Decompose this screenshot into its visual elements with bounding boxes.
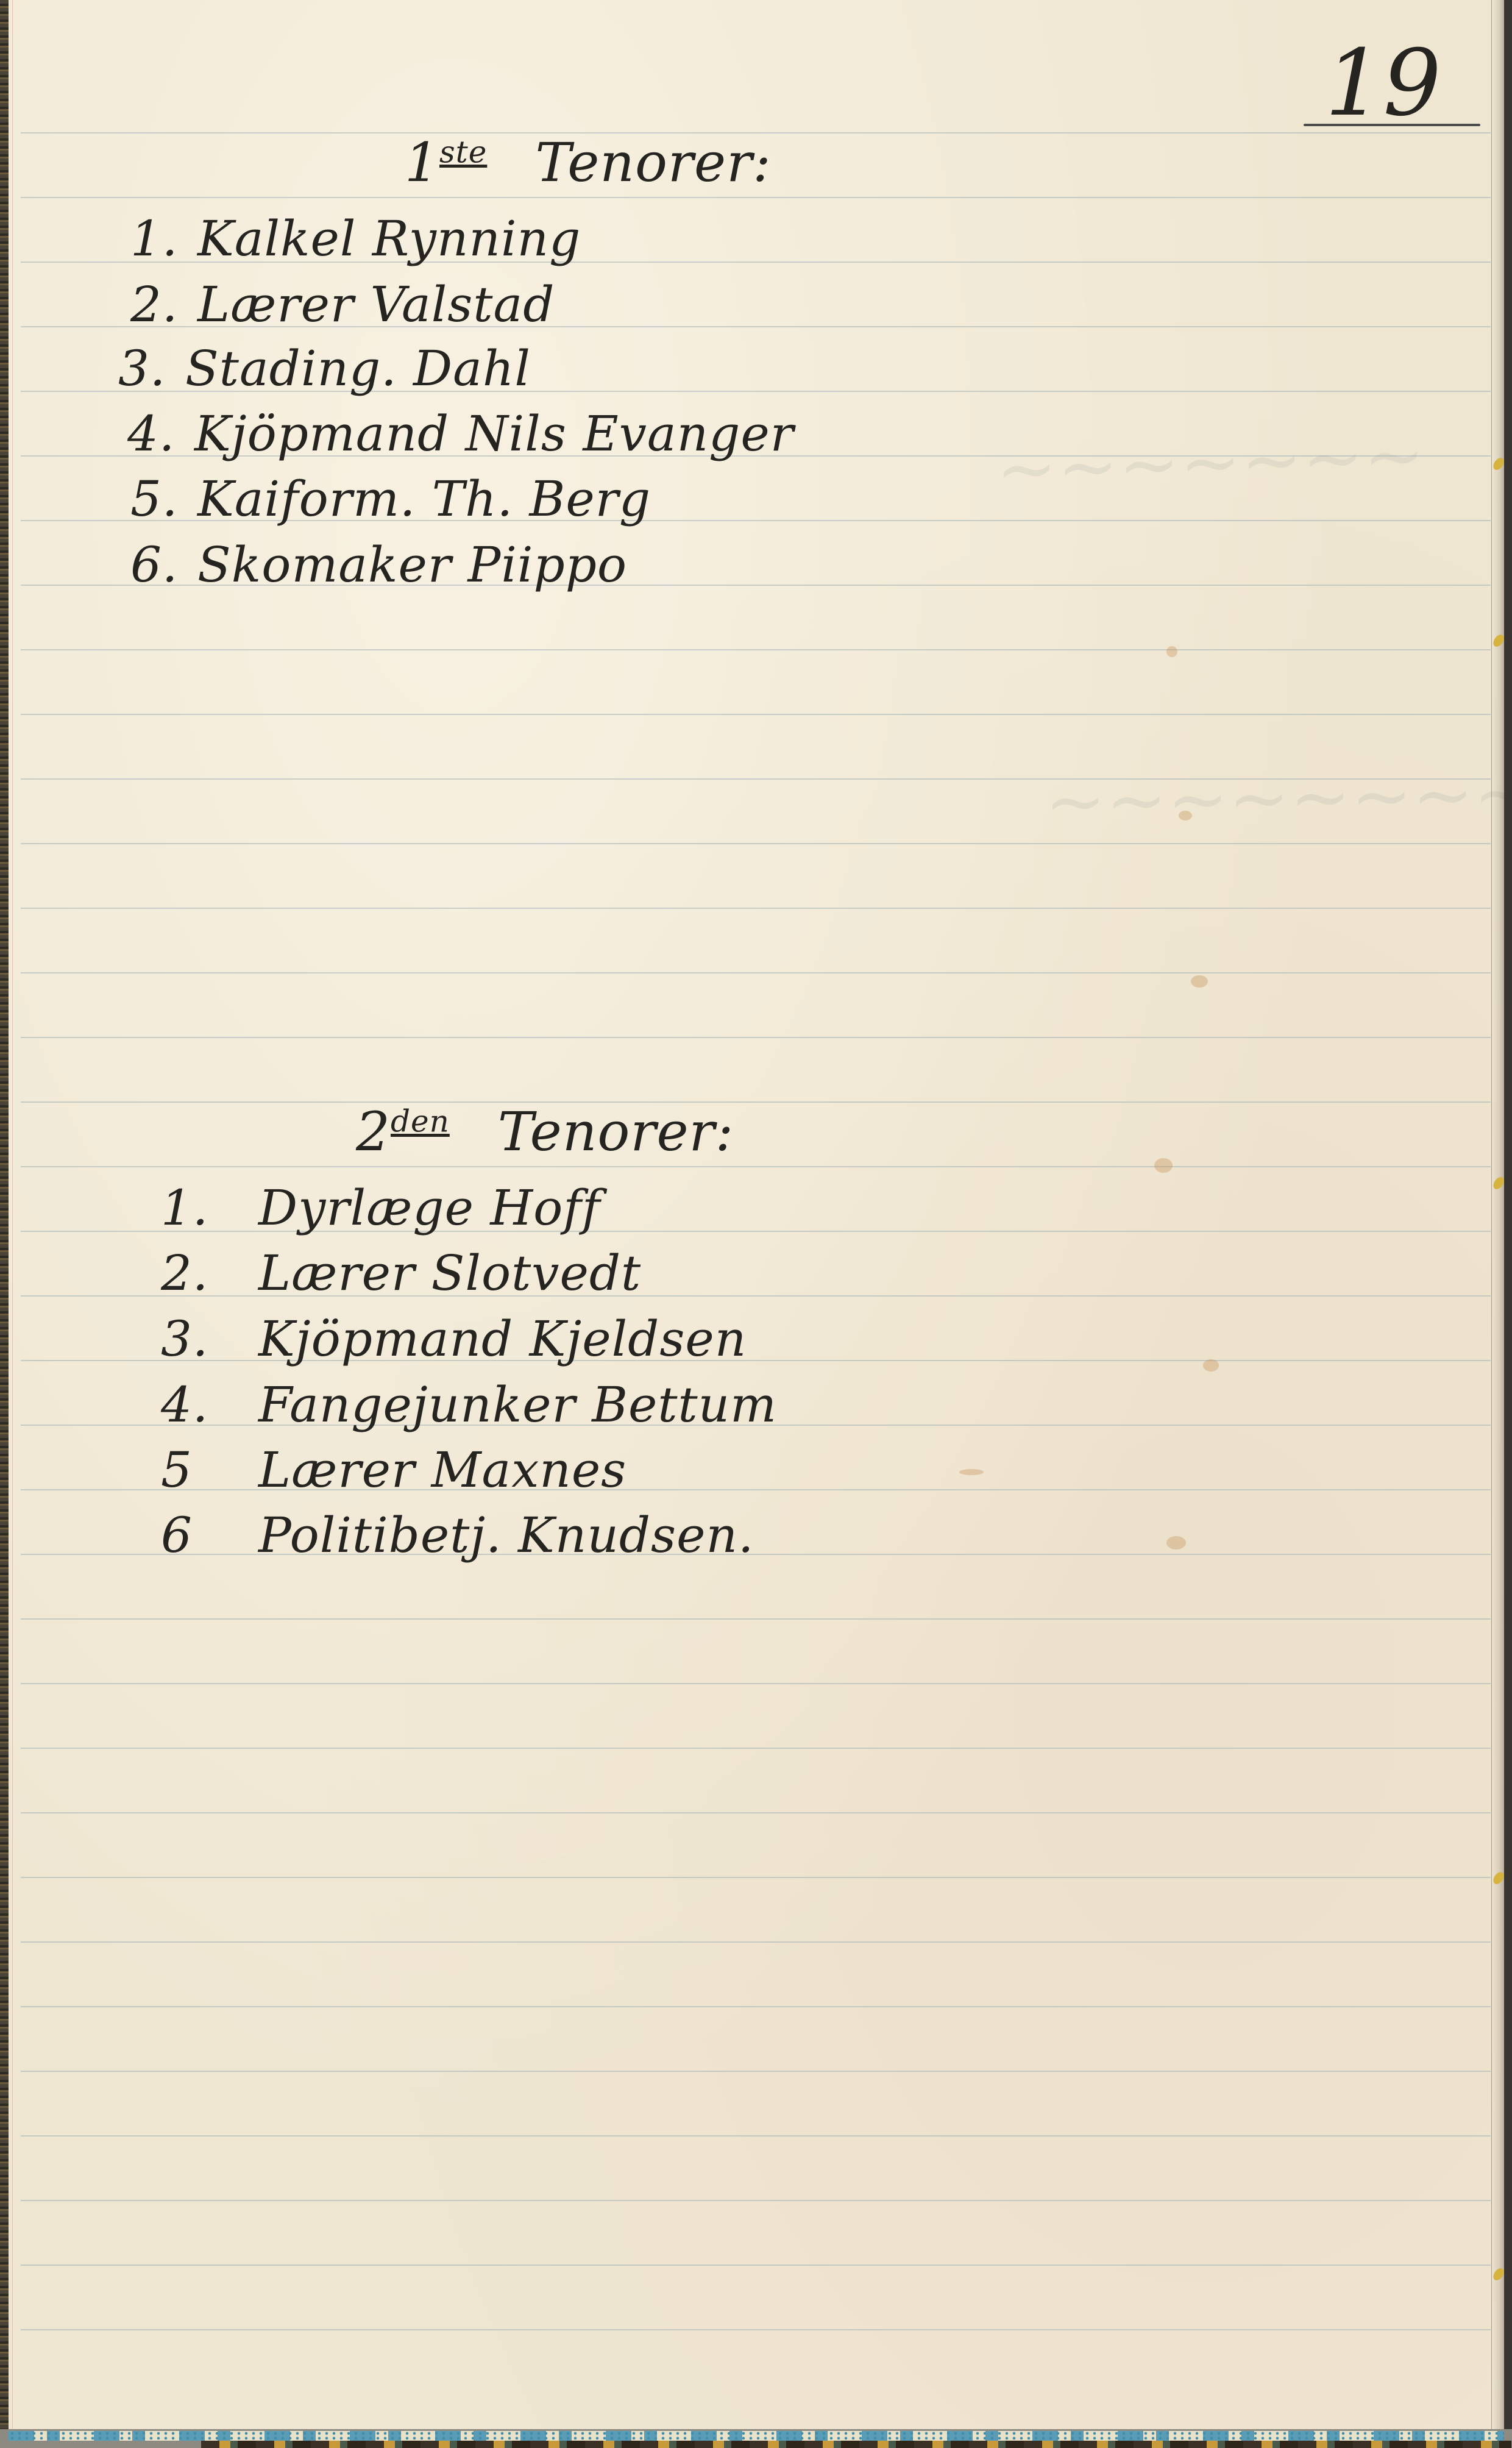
list-item: 5.Kaiform. Th. Berg (130, 471, 651, 527)
binding-thread (1491, 1175, 1504, 1191)
ruled-line (21, 2265, 1491, 2266)
list-item: 2.Lærer Slotvedt (161, 1245, 641, 1301)
item-text: Kjöpmand Nils Evanger (194, 405, 794, 462)
ruled-line (21, 1101, 1491, 1103)
list-item: 3.Stading. Dahl (118, 340, 531, 397)
item-number: 6. (130, 536, 197, 593)
ruled-line (21, 2006, 1491, 2007)
marbled-endpaper-strip (9, 2431, 1504, 2441)
item-text: Skomaker Piippo (197, 536, 627, 593)
ruled-line (21, 1618, 1491, 1620)
item-number: 1. (130, 210, 197, 267)
item-number: 3. (118, 340, 185, 397)
page-number-underline (1304, 124, 1480, 126)
item-number: 1. (161, 1180, 258, 1236)
list-item: 6.Skomaker Piippo (130, 536, 627, 593)
item-number: 5. (130, 471, 197, 527)
page-gutter (1491, 0, 1504, 2429)
ruled-line (21, 1166, 1491, 1167)
binding-thread (1491, 2266, 1504, 2282)
foxing-spot (1166, 646, 1177, 657)
ruled-line (21, 908, 1491, 909)
margin-line (12, 0, 13, 2429)
ruled-line (21, 649, 1491, 650)
item-text: Politibetj. Knudsen. (258, 1507, 754, 1564)
ruled-line (21, 2135, 1491, 2137)
ruled-line (21, 1941, 1491, 1943)
foxing-spot (1191, 975, 1208, 987)
ruled-line (21, 2200, 1491, 2201)
item-text: Kjöpmand Kjeldsen (258, 1311, 747, 1367)
binding-thread (1491, 633, 1504, 649)
binding-thread (1491, 1870, 1504, 1886)
binding-thread (1491, 456, 1504, 472)
item-number: 4. (161, 1376, 258, 1433)
item-text: Lærer Maxnes (258, 1442, 626, 1498)
heading-ordinal-suffix: den (391, 1104, 450, 1139)
foxing-spot (1166, 1536, 1186, 1550)
item-number: 3. (161, 1311, 258, 1367)
bleed-through-ghost: ~~~~~~~ (995, 413, 1426, 513)
foxing-spot (1203, 1359, 1219, 1372)
ledger-page: ~~~~~~~ ~~~~~~~~ 19 1ste Tenorer: 1.Kalk… (9, 0, 1504, 2429)
item-number: 2. (161, 1245, 258, 1301)
list-item: 4.Kjöpmand Nils Evanger (127, 405, 794, 462)
item-number: 6 (161, 1507, 258, 1564)
list-item: 5Lærer Maxnes (161, 1442, 626, 1498)
ruled-line (21, 2071, 1491, 2072)
foxing-spot (1179, 811, 1192, 820)
ruled-line (21, 1748, 1491, 1749)
item-text: Fangejunker Bettum (258, 1376, 777, 1433)
bleed-through-ghost: ~~~~~~~~ (1044, 752, 1504, 845)
item-number: 5 (161, 1442, 258, 1498)
list-item: 1.Kalkel Rynning (130, 210, 581, 267)
item-number: 4. (127, 405, 194, 462)
page-number: 19 (1325, 30, 1441, 137)
item-text: Dyrlæge Hoff (258, 1180, 601, 1236)
item-text: Lærer Slotvedt (258, 1245, 641, 1301)
heading-text: Tenorer: (535, 131, 771, 194)
list-item: 4.Fangejunker Bettum (161, 1376, 777, 1433)
ruled-line (21, 972, 1491, 973)
list-item: 3.Kjöpmand Kjeldsen (161, 1311, 747, 1367)
marbled-cover (201, 2441, 1511, 2448)
list-item: 2.Lærer Valstad (130, 276, 555, 333)
ruled-line (21, 714, 1491, 715)
ruled-line (21, 2329, 1491, 2330)
heading-number: 2 (356, 1100, 391, 1163)
item-text: Kaiform. Th. Berg (197, 471, 651, 527)
foxing-spot (1154, 1158, 1173, 1173)
ruled-line (21, 843, 1491, 844)
ruled-line (21, 1037, 1491, 1038)
ruled-line (21, 778, 1491, 780)
item-number: 2. (130, 276, 197, 333)
item-text: Stading. Dahl (185, 340, 531, 397)
list-item: 1.Dyrlæge Hoff (161, 1180, 601, 1236)
item-text: Kalkel Rynning (197, 210, 581, 267)
ruled-line (21, 1812, 1491, 1813)
book-binding-left (0, 0, 9, 2448)
section-heading-first-tenors: 1ste Tenorer: (405, 131, 772, 194)
item-text: Lærer Valstad (197, 276, 555, 333)
heading-number: 1 (405, 131, 439, 194)
section-heading-second-tenors: 2den Tenorer: (356, 1100, 734, 1163)
heading-ordinal-suffix: ste (439, 135, 487, 170)
ruled-line (21, 1877, 1491, 1878)
ruled-line (21, 1683, 1491, 1684)
heading-text: Tenorer: (498, 1100, 734, 1163)
foxing-spot (959, 1469, 984, 1475)
list-item: 6Politibetj. Knudsen. (161, 1507, 754, 1564)
ruled-line (21, 197, 1491, 198)
